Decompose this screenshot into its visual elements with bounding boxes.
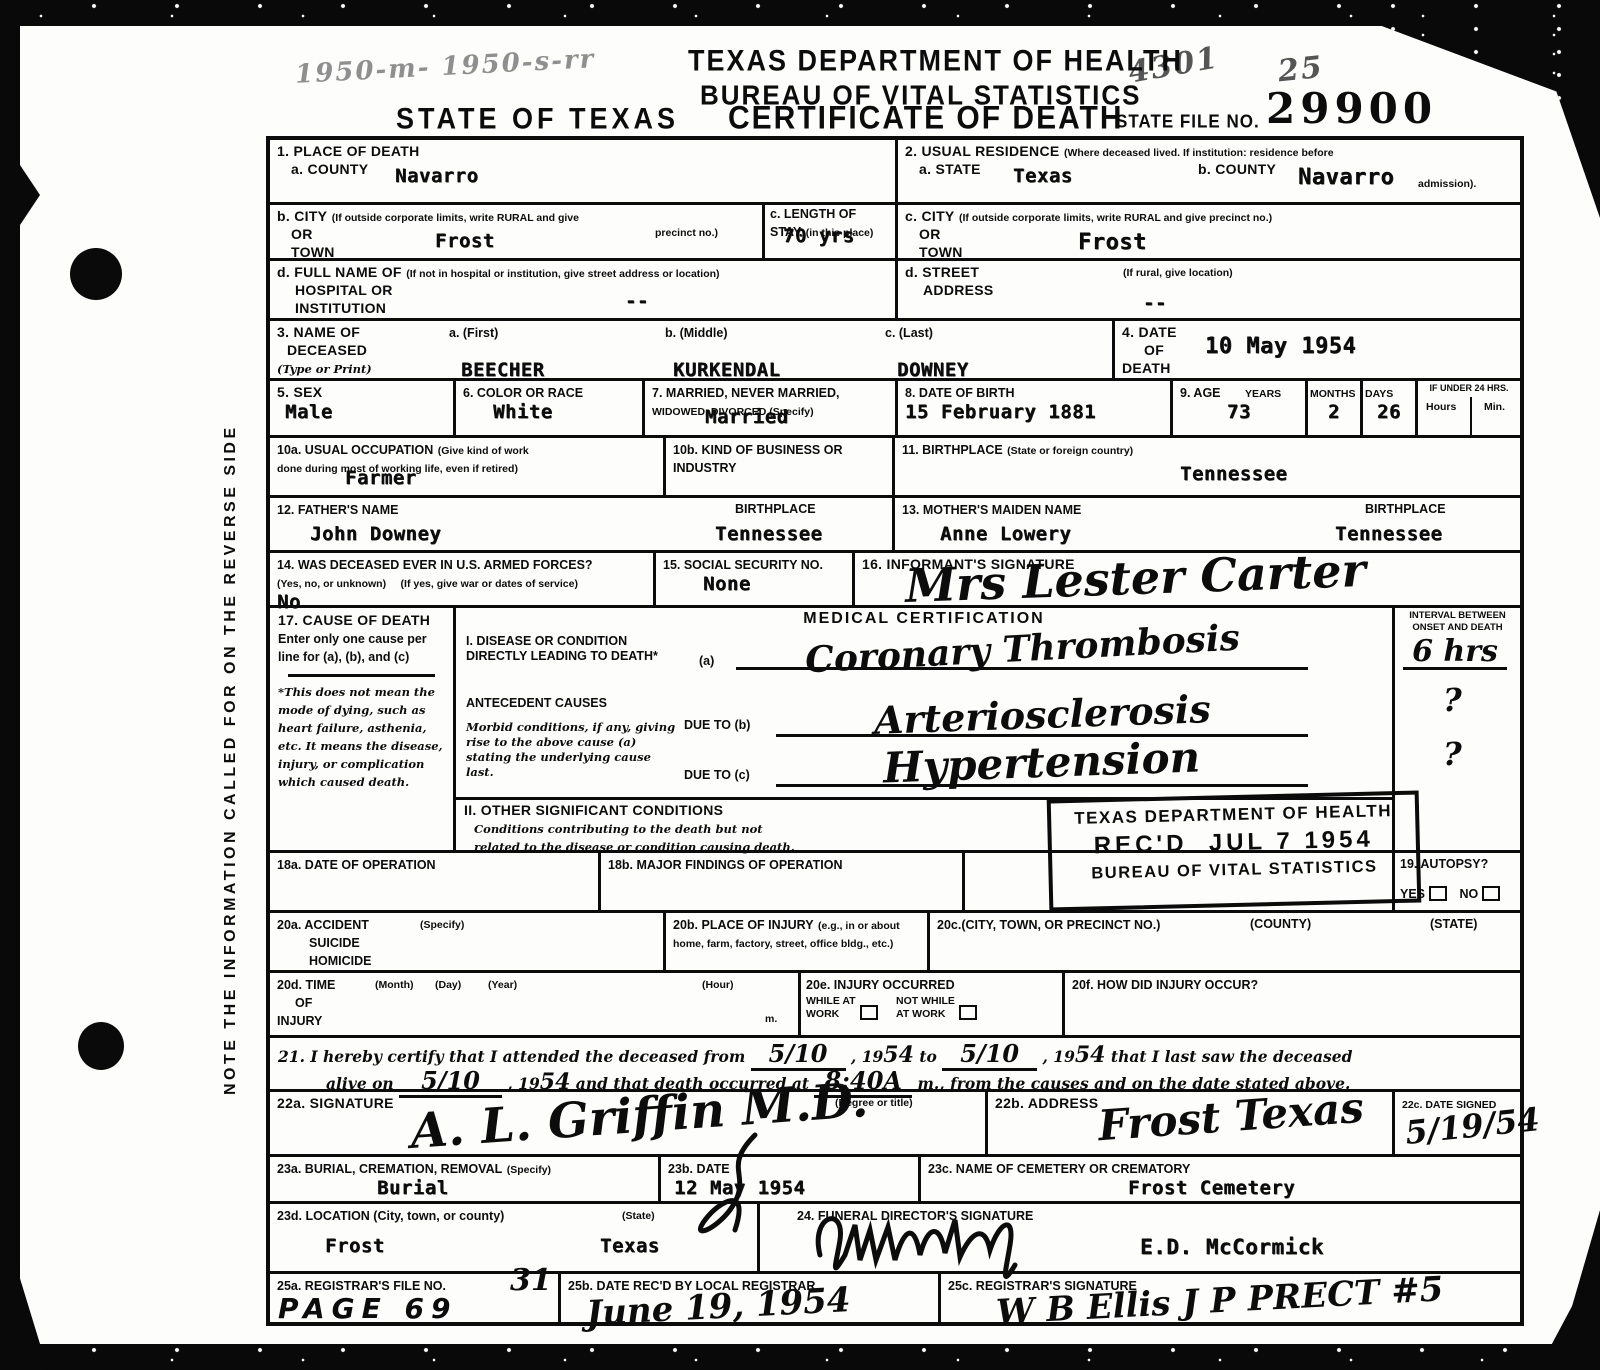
father-birthplace-label: BIRTHPLACE xyxy=(735,502,816,516)
antecedent-note: Morbid conditions, if any, giving rise t… xyxy=(466,720,678,780)
father-birthplace-value: Tennessee xyxy=(715,524,822,545)
residence-state-label: a. STATE xyxy=(919,161,981,177)
hole-punch-bottom xyxy=(78,1022,124,1070)
row-sex-race-age: 5. SEX Male 6. COLOR OR RACE White 7. MA… xyxy=(270,378,1520,435)
first-name-cell: a. (First) BEECHER xyxy=(442,321,658,378)
residence-city-note: (If outside corporate limits, write RURA… xyxy=(959,212,1272,224)
marital-cell: 7. MARRIED, NEVER MARRIED, WIDOWED, DIVO… xyxy=(642,381,895,435)
reverse-side-note: NOTE THE INFORMATION CALLED FOR ON THE R… xyxy=(222,305,252,1095)
how-injury-label: 20f. HOW DID INJURY OCCUR? xyxy=(1072,978,1258,992)
residence-county-label: b. COUNTY xyxy=(1198,162,1276,178)
autopsy-no-label: NO xyxy=(1459,887,1478,901)
ssn-cell: 15. SOCIAL SECURITY NO. None xyxy=(653,553,852,605)
armed-forces-note2: (If yes, give war or dates of service) xyxy=(401,578,578,590)
last-name-label: c. (Last) xyxy=(885,326,933,340)
certify-to-date: 5/10 xyxy=(942,1039,1037,1071)
city-value: Frost xyxy=(435,231,495,252)
registrar-file-value: 31 xyxy=(510,1266,552,1296)
physician-signature-label: 22a. SIGNATURE xyxy=(277,1095,394,1111)
place-of-injury-cell: 20b. PLACE OF INJURY (e.g., in or about … xyxy=(663,913,927,970)
age-under24-cell: IF UNDER 24 HRS. Hours Min. xyxy=(1415,381,1520,435)
date-of-operation-label: 18a. DATE OF OPERATION xyxy=(277,858,436,872)
cause-of-death-note1: Enter only one cause per line for (a), (… xyxy=(278,632,427,664)
row-forces-ssn-informant: 14. WAS DECEASED EVER IN U.S. ARMED FORC… xyxy=(270,550,1520,605)
race-label: 6. COLOR OR RACE xyxy=(463,386,583,400)
residence-state-value: Texas xyxy=(1013,166,1073,187)
while-at-work-label: WHILE ATWORK xyxy=(806,995,856,1021)
father-cell: 12. FATHER'S NAME BIRTHPLACE John Downey… xyxy=(270,498,892,550)
interval-c-value: ? xyxy=(1443,738,1462,770)
row-time-of-injury: 20d. TIME (Month) (Day) (Year) (Hour) OF… xyxy=(270,970,1520,1035)
dob-label: 8. DATE OF BIRTH xyxy=(905,386,1015,400)
occupation-cell: 10a. USUAL OCCUPATION (Give kind of work… xyxy=(270,438,663,495)
physician-address-value: Frost Texas xyxy=(1097,1087,1365,1147)
street-value: -- xyxy=(1143,293,1167,314)
pencil-notation-top-left: 1950-m- 1950-s-rr xyxy=(294,44,596,90)
marital-value: Married xyxy=(705,407,789,428)
registrar-page-value: PAGE 69 xyxy=(278,1292,457,1325)
first-name-label: a. (First) xyxy=(449,326,498,340)
sex-label: 5. SEX xyxy=(277,384,322,400)
age-months-label: MONTHS xyxy=(1310,388,1356,400)
disease-a-tag: (a) xyxy=(699,654,714,668)
certify-text-5: that I last saw the deceased xyxy=(1111,1047,1353,1066)
row-place-and-residence: 1. PLACE OF DEATH a. COUNTY Navarro b. C… xyxy=(270,140,1520,318)
occupation-label: 10a. USUAL OCCUPATION xyxy=(277,443,433,457)
section-place-of-death: 1. PLACE OF DEATH a. COUNTY Navarro b. C… xyxy=(270,140,895,318)
burial-state-label: (State) xyxy=(622,1210,655,1223)
row-parents: 12. FATHER'S NAME BIRTHPLACE John Downey… xyxy=(270,495,1520,550)
injury-year-label: (Year) xyxy=(488,979,517,992)
burial-value: Burial xyxy=(377,1177,449,1199)
certify-text-4: , 19 xyxy=(1043,1047,1075,1066)
occupation-value: Farmer xyxy=(345,468,417,489)
while-at-work-checkbox xyxy=(860,1005,878,1020)
certify-to-year: 54 xyxy=(1075,1042,1106,1068)
informant-signature: Mrs Lester Carter xyxy=(904,547,1366,609)
mother-label: 13. MOTHER'S MAIDEN NAME xyxy=(902,503,1081,517)
middle-name-cell: b. (Middle) KURKENDAL xyxy=(658,321,878,378)
city-label: b. CITY xyxy=(277,208,327,224)
age-years-cell: 9. AGE YEARS 73 xyxy=(1170,381,1305,435)
accident-label2: SUICIDE xyxy=(309,936,360,950)
stamp-line2: REC'D JUL 7 1954 xyxy=(1052,825,1417,862)
row-name-of-deceased: 3. NAME OF DECEASED (Type or Print) a. (… xyxy=(270,318,1520,378)
cause-of-death-left-col: 17. CAUSE OF DEATH Enter only one cause … xyxy=(270,608,453,850)
burial-location-label: 23d. LOCATION (City, town, or county) xyxy=(277,1209,504,1223)
certify-text-2: , 19 xyxy=(851,1047,883,1066)
document-title: CERTIFICATE OF DEATH xyxy=(728,101,1124,138)
armed-forces-label: 14. WAS DECEASED EVER IN U.S. ARMED FORC… xyxy=(277,558,593,572)
row-accident: 20a. ACCIDENT (Specify) SUICIDE HOMICIDE… xyxy=(270,910,1520,970)
interval-a-value: 6 hrs xyxy=(1412,637,1498,667)
burial-label: 23a. BURIAL, CREMATION, REMOVAL xyxy=(277,1162,502,1176)
sex-cell: 5. SEX Male xyxy=(270,381,453,435)
hospital-label2: HOSPITAL OR xyxy=(295,282,393,298)
cause-a-value: Coronary Thrombosis xyxy=(804,620,1240,679)
physician-signature-tail-scrawl xyxy=(660,1130,800,1250)
age-under24-divider xyxy=(1470,397,1472,435)
burial-location-value: Frost xyxy=(325,1236,385,1257)
time-of-injury-label3: INJURY xyxy=(277,1014,322,1028)
stamp-line3: BUREAU OF VITAL STATISTICS xyxy=(1052,857,1416,885)
ssn-label: 15. SOCIAL SECURITY NO. xyxy=(663,558,823,572)
age-min-label: Min. xyxy=(1484,401,1505,414)
birthplace-note: (State or foreign country) xyxy=(1007,445,1133,457)
age-hours-label: Hours xyxy=(1426,401,1456,414)
row-occupation-birthplace: 10a. USUAL OCCUPATION (Give kind of work… xyxy=(270,435,1520,495)
interval-label: INTERVAL BETWEEN xyxy=(1399,610,1516,622)
ssn-value: None xyxy=(703,573,751,595)
date-of-death-label: 4. DATE xyxy=(1122,324,1177,340)
residence-title-note: (Where deceased lived. If institution: r… xyxy=(1064,147,1334,159)
county-label: a. COUNTY xyxy=(291,161,368,177)
hospital-value: -- xyxy=(625,291,649,312)
other-conditions-note: Conditions contributing to the death but… xyxy=(474,822,763,836)
residence-title-note2: admission). xyxy=(1418,178,1476,191)
date-of-death-label3: DEATH xyxy=(1122,360,1171,376)
dob-value: 15 February 1881 xyxy=(905,401,1096,423)
received-stamp: TEXAS DEPARTMENT OF HEALTH REC'D JUL 7 1… xyxy=(1047,790,1422,911)
last-name-cell: c. (Last) DOWNEY xyxy=(878,321,1112,378)
date-of-death-label2: OF xyxy=(1144,342,1164,358)
injury-county-label: (COUNTY) xyxy=(1250,917,1311,931)
date-of-operation-cell: 18a. DATE OF OPERATION xyxy=(270,853,598,910)
accident-note: (Specify) xyxy=(420,919,464,932)
disease-label2: DIRECTLY LEADING TO DEATH* xyxy=(466,649,658,663)
date-of-death-cell: 4. DATE OF DEATH 10 May 1954 xyxy=(1112,321,1520,378)
funeral-director-printed-name: E.D. McCormick xyxy=(1140,1236,1324,1259)
physician-address-cell: 22b. ADDRESS Frost Texas xyxy=(985,1092,1392,1154)
informant-cell: 16. INFORMANT'S SIGNATURE Mrs Lester Car… xyxy=(852,553,1520,605)
accident-cell: 20a. ACCIDENT (Specify) SUICIDE HOMICIDE xyxy=(270,913,663,970)
age-label: 9. AGE xyxy=(1180,386,1221,400)
place-of-death-title: 1. PLACE OF DEATH xyxy=(277,143,420,159)
autopsy-no-checkbox xyxy=(1482,886,1500,901)
cemetery-label: 23c. NAME OF CEMETERY OR CREMATORY xyxy=(928,1162,1190,1176)
street-label2: ADDRESS xyxy=(923,282,994,298)
cause-of-death-label: 17. CAUSE OF DEATH xyxy=(278,612,430,628)
age-days-label: DAYS xyxy=(1365,388,1393,400)
race-cell: 6. COLOR OR RACE White xyxy=(453,381,642,435)
injury-occurred-cell: 20e. INJURY OCCURRED WHILE ATWORK NOT WH… xyxy=(798,973,1062,1035)
marital-label: 7. MARRIED, NEVER MARRIED, xyxy=(652,386,840,400)
name-title-note: (Type or Print) xyxy=(277,362,372,376)
death-certificate-scan: 1950-m- 1950-s-rr 4301 25 TEXAS DEPARTME… xyxy=(0,0,1600,1370)
injury-month-label: (Month) xyxy=(375,979,413,992)
interval-a-line: 6 hrs xyxy=(1403,626,1507,670)
age-days-cell: DAYS 26 xyxy=(1360,381,1415,435)
age-years-value: 73 xyxy=(1180,402,1298,423)
burial-cell: 23a. BURIAL, CREMATION, REMOVAL (Specify… xyxy=(270,1157,658,1201)
scan-edge-left-foot xyxy=(0,1268,48,1370)
header-state-of-texas: STATE OF TEXAS xyxy=(396,103,679,136)
age-months-value: 2 xyxy=(1310,402,1358,423)
certify-text-3: to xyxy=(919,1047,937,1066)
length-of-stay-cell: c. LENGTH OF STAY (in this place) 70 yrs xyxy=(762,202,895,258)
place-of-injury-note: (e.g., in or about xyxy=(818,920,900,932)
not-while-at-work-label: NOT WHILEAT WORK xyxy=(896,995,955,1021)
injury-hour-label: (Hour) xyxy=(702,979,734,992)
registrar-file-label: 25a. REGISTRAR'S FILE NO. xyxy=(277,1279,446,1293)
burial-note: (Specify) xyxy=(507,1164,551,1176)
row-certification: 21. I hereby certify that I attended the… xyxy=(270,1035,1520,1089)
length-of-stay-label: c. LENGTH OF xyxy=(770,207,856,221)
findings-cell: 18b. MAJOR FINDINGS OF OPERATION xyxy=(598,853,962,910)
certify-from-year: 54 xyxy=(883,1042,914,1068)
injury-occurred-label: 20e. INJURY OCCURRED xyxy=(806,978,955,992)
other-conditions-label: II. OTHER SIGNIFICANT CONDITIONS xyxy=(464,802,723,818)
birthplace-value: Tennessee xyxy=(1180,464,1287,485)
residence-city-or: OR xyxy=(919,226,941,242)
place-of-injury-note2: home, farm, factory, street, office bldg… xyxy=(673,938,893,950)
hole-punch-top xyxy=(70,248,122,300)
residence-city-value: Frost xyxy=(1078,231,1147,255)
time-of-injury-cell: 20d. TIME (Month) (Day) (Year) (Hour) OF… xyxy=(270,973,798,1035)
section-usual-residence: 2. USUAL RESIDENCE (Where deceased lived… xyxy=(895,140,1520,318)
residence-county-value: Navarro xyxy=(1298,166,1394,190)
hospital-label: d. FULL NAME OF xyxy=(277,264,402,280)
hospital-note: (If not in hospital or institution, give… xyxy=(406,268,719,280)
physician-address-label: 22b. ADDRESS xyxy=(995,1095,1098,1111)
mother-birthplace-label: BIRTHPLACE xyxy=(1365,502,1446,516)
dob-cell: 8. DATE OF BIRTH 15 February 1881 xyxy=(895,381,1170,435)
date-of-death-value: 10 May 1954 xyxy=(1205,335,1356,359)
injury-city-label: 20c.(CITY, TOWN, OR PRECINCT NO.) xyxy=(937,918,1160,932)
injury-location-cell: 20c.(CITY, TOWN, OR PRECINCT NO.) (COUNT… xyxy=(927,913,1520,970)
findings-label: 18b. MAJOR FINDINGS OF OPERATION xyxy=(608,858,843,872)
injury-state-label: (STATE) xyxy=(1430,917,1477,931)
certify-text-1: 21. I hereby certify that I attended the… xyxy=(278,1047,745,1066)
mother-birthplace-value: Tennessee xyxy=(1335,524,1442,545)
not-while-at-work-checkbox xyxy=(959,1005,977,1020)
certificate-form: 1. PLACE OF DEATH a. COUNTY Navarro b. C… xyxy=(266,136,1524,1326)
birthplace-label: 11. BIRTHPLACE xyxy=(902,443,1003,457)
antecedent-label: ANTECEDENT CAUSES xyxy=(466,696,607,710)
cause-of-death-note2: *This does not mean the mode of dying, s… xyxy=(278,685,443,789)
date-signed-cell: 22c. DATE SIGNED 5/19/54 xyxy=(1392,1092,1520,1154)
street-note: (If rural, give location) xyxy=(1123,267,1233,280)
age-days-value: 26 xyxy=(1365,402,1413,423)
time-of-injury-label2: OF xyxy=(295,996,312,1010)
name-title: 3. NAME OF xyxy=(277,324,360,340)
industry-label: 10b. KIND OF BUSINESS OR INDUSTRY xyxy=(673,443,842,475)
name-title-cell: 3. NAME OF DECEASED (Type or Print) xyxy=(270,321,442,378)
mother-cell: 13. MOTHER'S MAIDEN NAME BIRTHPLACE Anne… xyxy=(892,498,1520,550)
injury-m-label: m. xyxy=(765,1013,777,1026)
residence-title: 2. USUAL RESIDENCE xyxy=(905,143,1060,159)
cause-c-value: Hypertension xyxy=(883,736,1201,789)
header-department: TEXAS DEPARTMENT OF HEALTH xyxy=(688,45,1183,78)
age-under24-label: IF UNDER 24 HRS. xyxy=(1420,383,1518,394)
scan-edge-top xyxy=(0,0,1600,26)
length-of-stay-value: 70 yrs xyxy=(783,226,855,247)
city-note: (If outside corporate limits, write RURA… xyxy=(332,212,579,224)
city-or: OR xyxy=(291,226,313,242)
industry-cell: 10b. KIND OF BUSINESS OR INDUSTRY xyxy=(663,438,892,495)
birthplace-cell: 11. BIRTHPLACE (State or foreign country… xyxy=(892,438,1520,495)
occupation-note: (Give kind of work xyxy=(438,445,529,457)
father-value: John Downey xyxy=(310,524,441,545)
interval-b-value: ? xyxy=(1443,684,1462,716)
state-file-no-value: 29900 xyxy=(1266,84,1437,133)
scan-edge-bottom xyxy=(0,1344,1600,1370)
due-to-c-tag: DUE TO (c) xyxy=(684,768,750,782)
county-value: Navarro xyxy=(395,166,479,187)
cemetery-value: Frost Cemetery xyxy=(1128,1177,1295,1199)
injury-day-label: (Day) xyxy=(435,979,461,992)
autopsy-yes-checkbox xyxy=(1429,886,1447,901)
father-label: 12. FATHER'S NAME xyxy=(277,503,399,517)
time-of-injury-label: 20d. TIME xyxy=(277,978,335,992)
accident-label3: HOMICIDE xyxy=(309,954,372,968)
race-value: White xyxy=(493,401,553,423)
cause-b-line: Arteriosclerosis xyxy=(776,680,1308,737)
name-title2: DECEASED xyxy=(287,342,367,358)
age-months-cell: MONTHS 2 xyxy=(1305,381,1360,435)
age-years-label: YEARS xyxy=(1245,388,1281,400)
armed-forces-cell: 14. WAS DECEASED EVER IN U.S. ARMED FORC… xyxy=(270,553,653,605)
mother-value: Anne Lowery xyxy=(940,524,1071,545)
funeral-director-signature-scrawl xyxy=(800,1185,1070,1295)
registrar-file-cell: 25a. REGISTRAR'S FILE NO. 31 PAGE 69 xyxy=(270,1274,558,1322)
accident-label: 20a. ACCIDENT xyxy=(277,918,369,932)
scan-edge-left xyxy=(0,0,20,1370)
burial-state-value: Texas xyxy=(600,1236,660,1257)
due-to-b-tag: DUE TO (b) xyxy=(684,718,750,732)
cause-a-line: Coronary Thrombosis xyxy=(736,624,1308,670)
row-physician: 22a. SIGNATURE (Degree or title) A. L. G… xyxy=(270,1089,1520,1154)
disease-label: I. DISEASE OR CONDITION xyxy=(466,634,627,648)
cause-c-line: Hypertension xyxy=(776,730,1308,787)
physician-signature-value: A. L. Griffin M.D. xyxy=(409,1076,870,1156)
sex-value: Male xyxy=(285,401,333,423)
middle-name-label: b. (Middle) xyxy=(665,326,728,340)
state-file-no-label: STATE FILE NO. xyxy=(1116,111,1260,133)
scan-edge-left-bump xyxy=(18,162,40,228)
street-label: d. STREET xyxy=(905,264,979,280)
how-injury-cell: 20f. HOW DID INJURY OCCUR? xyxy=(1062,973,1520,1035)
place-of-injury-label: 20b. PLACE OF INJURY xyxy=(673,918,814,932)
physician-signature-cell: 22a. SIGNATURE (Degree or title) A. L. G… xyxy=(270,1092,985,1154)
residence-city-label: c. CITY xyxy=(905,208,955,224)
armed-forces-note: (Yes, no, or unknown) xyxy=(277,578,386,590)
hospital-label3: INSTITUTION xyxy=(295,300,386,316)
city-note2: precinct no.) xyxy=(655,227,718,240)
